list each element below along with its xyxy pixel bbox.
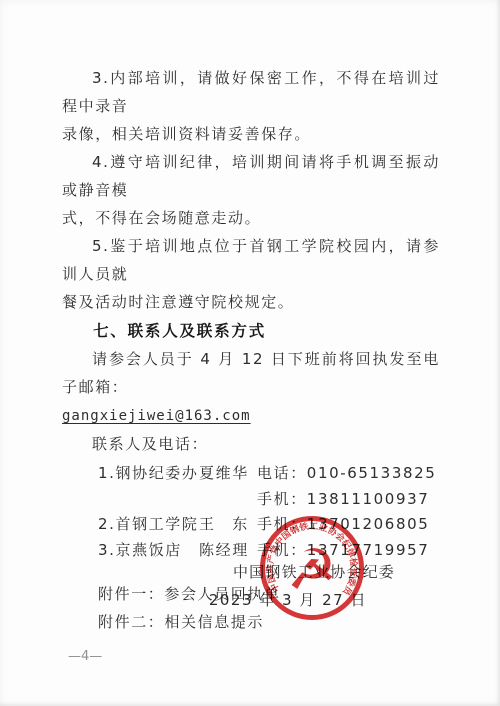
contact-org: 3.京燕饭店 (98, 538, 199, 564)
document-page: 3.内部培训，请做好保密工作，不得在培训过程中录音 录像，相关培训资料请妥善保存… (0, 0, 500, 706)
contact-list: 1.钢协纪委办 夏维华 电话：010-65133825 手机：138111009… (62, 461, 440, 563)
paragraph-item-3: 3.内部培训，请做好保密工作，不得在培训过程中录音 录像，相关培训资料请妥善保存… (62, 64, 440, 148)
contact-name: 夏维华 (199, 461, 257, 487)
section-heading-contacts: 七、联系人及联系方式 (62, 317, 440, 345)
contact-row-continuation: 手机：13811100937 (62, 487, 440, 513)
contact-org: 1.钢协纪委办 (98, 461, 199, 487)
contacts-label: 联系人及电话： (62, 430, 440, 458)
attachment-item: 附件二：相关信息提示 (62, 608, 440, 636)
contact-mobile: 手机：13811100937 (257, 487, 440, 513)
contact-org: 2.首钢工学院 (98, 512, 199, 538)
contact-phone: 电话：010-65133825 (257, 461, 440, 487)
letter-body: 3.内部培训，请做好保密工作，不得在培训过程中录音 录像，相关培训资料请妥善保存… (0, 0, 500, 636)
email-line: gangxiejiwei@163.com (62, 401, 440, 430)
contact-row: 1.钢协纪委办 夏维华 电话：010-65133825 (62, 461, 440, 487)
paragraph-item-4: 4.遵守培训纪律，培训期间请将手机调至振动或静音模 式，不得在会场随意走动。 (62, 148, 440, 232)
contact-row: 3.京燕饭店 陈经理 手机：13717719957 (62, 538, 440, 564)
contact-org-empty (98, 487, 199, 513)
hammer-sickle-icon: ☭ (287, 538, 337, 603)
page-number: —4— (68, 649, 102, 664)
contact-name-empty (199, 487, 257, 513)
email-address: gangxiejiwei@163.com (62, 408, 251, 424)
reply-instruction: 请参会人员于 4 月 12 日下班前将回执发至电子邮箱： (62, 345, 440, 401)
contact-name: 王 东 (199, 512, 257, 538)
contact-row: 2.首钢工学院 王 东 手机：13701206805 (62, 512, 440, 538)
official-seal-stamp: 中国共产党中国钢铁工业协会纪律检查委员会 ☭ (259, 515, 365, 621)
contact-name: 陈经理 (199, 538, 257, 564)
paragraph-item-5: 5.鉴于培训地点位于首钢工学院校园内，请参训人员就 餐及活动时注意遵守院校规定。 (62, 232, 440, 316)
